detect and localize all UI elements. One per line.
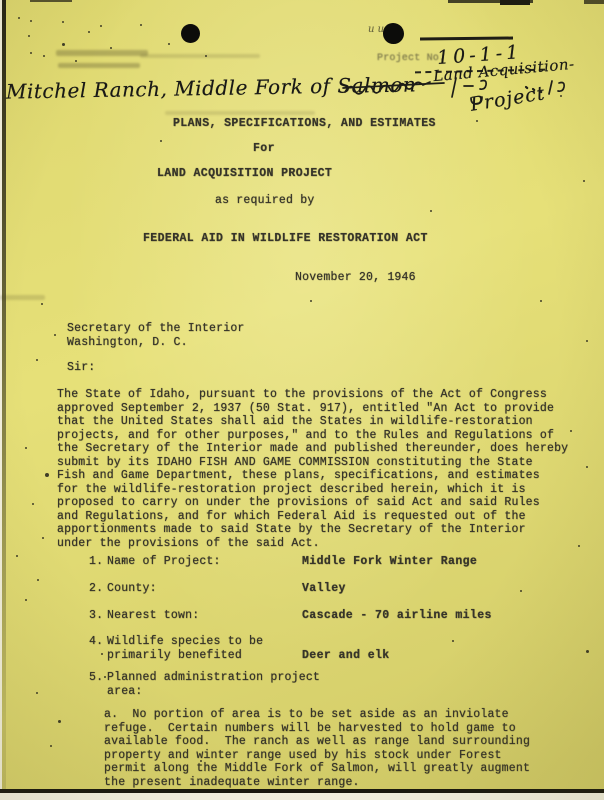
scan-edge-left-dark bbox=[2, 0, 6, 800]
ink-speckle bbox=[104, 676, 106, 678]
item-label-line2: area: bbox=[107, 685, 143, 699]
ink-speckle bbox=[43, 55, 45, 57]
ink-speckle bbox=[452, 640, 454, 642]
ink-speckle bbox=[62, 43, 65, 46]
crossed-out-scribble bbox=[340, 74, 570, 119]
faded-stamp-smudge bbox=[56, 50, 148, 56]
faint-pen-marks: u u bbox=[368, 24, 384, 35]
scanned-document-page: Mitchel Ranch, Middle Fork of Salmon Pro… bbox=[0, 0, 604, 800]
ink-speckle bbox=[200, 760, 202, 762]
faded-stamp-smudge bbox=[165, 111, 315, 115]
ink-speckle bbox=[430, 210, 432, 212]
ink-speckle bbox=[36, 359, 38, 361]
sub-item-a-paragraph: a. No portion of area is to be set aside… bbox=[104, 708, 530, 789]
ink-speckle bbox=[36, 692, 38, 694]
ink-speckle bbox=[586, 340, 588, 342]
addressee-block: Secretary of the Interior Washington, D.… bbox=[67, 322, 245, 349]
ink-speckle bbox=[205, 55, 207, 57]
letter-body-paragraph: The State of Idaho, pursuant to the prov… bbox=[57, 388, 568, 551]
ink-speckle bbox=[45, 473, 49, 477]
ink-speckle bbox=[50, 745, 52, 747]
item-number: 5. bbox=[89, 671, 103, 685]
ink-speckle bbox=[42, 537, 44, 539]
faded-stamp-smudge bbox=[58, 63, 140, 68]
ink-speckle bbox=[122, 560, 124, 562]
item-number: 3. bbox=[89, 609, 103, 623]
item-label: Name of Project: bbox=[107, 555, 221, 569]
ink-speckle bbox=[16, 555, 18, 557]
ink-speckle bbox=[88, 31, 90, 33]
ink-speckle bbox=[520, 590, 522, 592]
ink-speckle bbox=[58, 720, 61, 723]
salutation: Sir: bbox=[67, 361, 95, 375]
ink-speckle bbox=[560, 95, 562, 97]
faded-stamp-smudge bbox=[0, 295, 45, 300]
ink-speckle bbox=[540, 300, 542, 302]
annotation-line bbox=[420, 37, 513, 41]
item-label-line2: primarily benefited bbox=[107, 649, 242, 663]
scan-edge-bottom-white bbox=[0, 793, 604, 800]
ink-speckle bbox=[583, 180, 585, 182]
scan-edge-top-mark bbox=[584, 0, 604, 4]
ink-speckle bbox=[30, 52, 32, 54]
scan-edge-top-mark bbox=[500, 0, 530, 5]
item-label: Wildlife species to be bbox=[107, 635, 263, 649]
ink-speckle bbox=[570, 430, 572, 432]
item-number: 4. bbox=[89, 635, 103, 649]
item-value: Middle Fork Winter Range bbox=[302, 555, 477, 569]
project-no-label: Project No. bbox=[377, 52, 445, 66]
ink-speckle bbox=[586, 466, 588, 468]
faded-stamp-smudge bbox=[140, 54, 260, 58]
ink-speckle bbox=[37, 579, 39, 581]
item-value: Valley bbox=[302, 582, 346, 596]
ink-speckle bbox=[101, 653, 103, 655]
item-number: 1. bbox=[89, 555, 103, 569]
ink-speckle bbox=[25, 599, 27, 601]
item-value: Cascade - 70 airline miles bbox=[302, 609, 492, 623]
ink-speckle bbox=[110, 47, 112, 49]
ink-speckle bbox=[28, 35, 30, 37]
ink-speckle bbox=[310, 300, 312, 302]
item-label: Planned administration project bbox=[107, 671, 320, 685]
ink-speckle bbox=[41, 303, 43, 305]
ink-speckle bbox=[30, 20, 32, 22]
document-date: November 20, 1946 bbox=[295, 271, 416, 285]
title-line-4: as required by bbox=[215, 194, 314, 208]
item-label: Nearest town: bbox=[107, 609, 199, 623]
item-label: County: bbox=[107, 582, 157, 596]
scan-edge-top-mark bbox=[30, 0, 72, 2]
title-line-2: For bbox=[253, 142, 275, 156]
ink-speckle bbox=[18, 17, 20, 19]
ink-speckle bbox=[578, 545, 580, 547]
ink-speckle bbox=[140, 24, 142, 26]
ink-speckle bbox=[168, 43, 170, 45]
item-number: 2. bbox=[89, 582, 103, 596]
title-line-3: LAND ACQUISITION PROJECT bbox=[157, 167, 332, 181]
ink-speckle bbox=[586, 650, 589, 653]
punch-hole bbox=[383, 23, 404, 44]
ink-speckle bbox=[32, 503, 34, 505]
ink-speckle bbox=[62, 21, 64, 23]
ink-speckle bbox=[25, 447, 27, 449]
title-line-5: FEDERAL AID IN WILDLIFE RESTORATION ACT bbox=[143, 232, 428, 246]
ink-speckle bbox=[75, 60, 77, 62]
ink-speckle bbox=[476, 120, 478, 122]
ink-speckle bbox=[100, 25, 102, 27]
item-value: Deer and elk bbox=[302, 649, 390, 663]
title-line-1: PLANS, SPECIFICATIONS, AND ESTIMATES bbox=[173, 117, 436, 131]
ink-speckle bbox=[54, 334, 56, 336]
punch-hole bbox=[181, 24, 200, 43]
ink-speckle bbox=[160, 140, 162, 142]
